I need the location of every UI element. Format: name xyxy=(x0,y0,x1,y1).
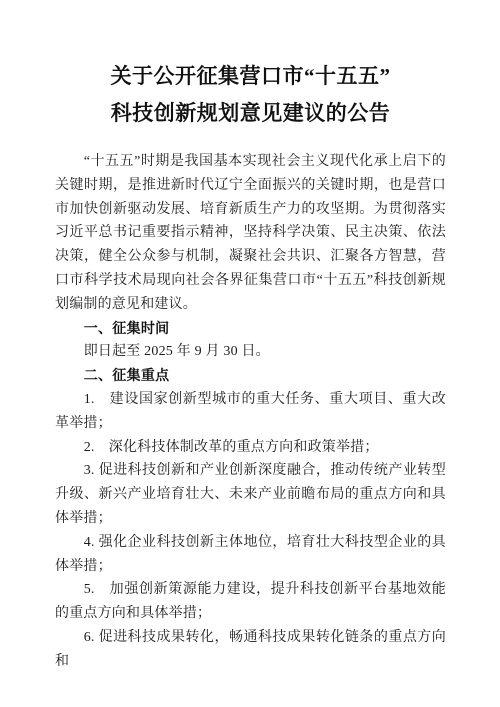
list-item-4: 4. 强化企业科技创新主体地位，培育壮大科技型企业的具体举措； xyxy=(55,531,446,579)
title-line-1: 关于公开征集营口市“十五五” xyxy=(55,58,446,95)
section-1-heading: 一、征集时间 xyxy=(55,317,446,341)
intro-paragraph: “十五五”时期是我国基本实现社会主义现代化承上启下的关键时期，是推进新时代辽宁全… xyxy=(55,150,446,317)
title-line-2: 科技创新规划意见建议的公告 xyxy=(55,95,446,132)
document-body: “十五五”时期是我国基本实现社会主义现代化承上启下的关键时期，是推进新时代辽宁全… xyxy=(55,150,446,674)
list-item-1: 1. 建设国家创新型城市的重大任务、重大项目、重大改革举措； xyxy=(55,388,446,436)
list-item-2: 2. 深化科技体制改革的重点方向和政策举措； xyxy=(55,436,446,460)
document-title: 关于公开征集营口市“十五五” 科技创新规划意见建议的公告 xyxy=(55,58,446,132)
list-item-3: 3. 促进科技创新和产业创新深度融合，推动传统产业转型升级、新兴产业培育壮大、未… xyxy=(55,459,446,530)
collection-period-text: 即日起至 2025 年 9 月 30 日。 xyxy=(55,340,446,364)
list-item-6: 6. 促进科技成果转化，畅通科技成果转化链条的重点方向和 xyxy=(55,626,446,674)
section-2-heading: 二、征集重点 xyxy=(55,364,446,388)
list-item-5: 5. 加强创新策源能力建设，提升科技创新平台基地效能的重点方向和具体举措； xyxy=(55,578,446,626)
document-page: 关于公开征集营口市“十五五” 科技创新规划意见建议的公告 “十五五”时期是我国基… xyxy=(0,0,500,707)
